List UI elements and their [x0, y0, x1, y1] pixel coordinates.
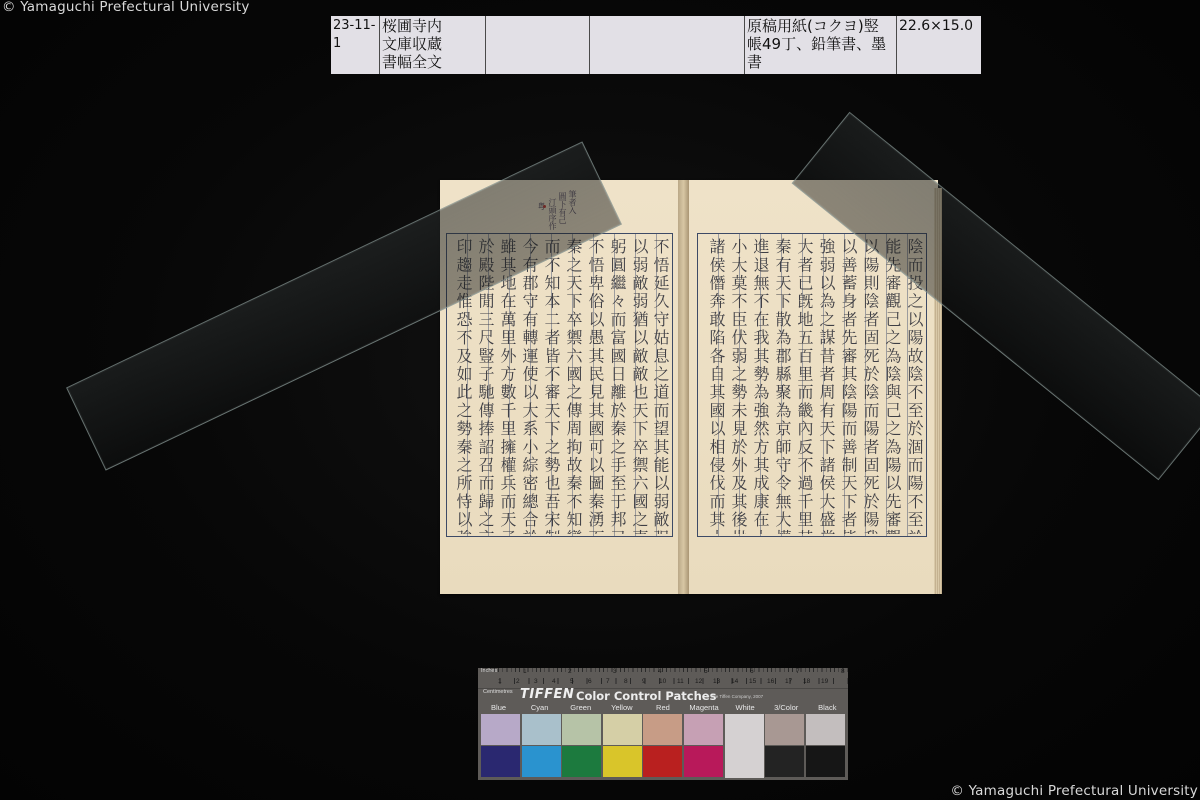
patch-label-3color: 3/Color — [766, 703, 807, 712]
size-text: 22.6×15.0 — [899, 18, 973, 34]
catalog-id: 23-11-1 — [331, 16, 380, 74]
text-column: 以善蓄身者先審其陰陽而善制天下者皆是也 — [838, 238, 858, 534]
text-column: 大者已旣地五百里而畿內反不過千里其勢為弱 — [794, 238, 814, 534]
cm-tick: 17 — [785, 678, 792, 685]
text-column: 而不知本二者皆不審天下之勢也吾宋制治有餘 — [541, 238, 561, 534]
text-column: 秦有天下散為郡縣聚為京師守令無大權柄伸縮 — [772, 238, 792, 534]
inch-tick: 1 — [523, 668, 527, 675]
patch-label-black: Black — [807, 703, 848, 712]
chart-copyright: © The Tiffen Company, 2007 — [706, 694, 763, 699]
cm-tick: 19 — [821, 678, 828, 685]
text-column: 躬圓繼々而富國日離於秦之手至于邦已矣天下而 — [607, 238, 627, 534]
text-column: 不悟延久守姑息之道而望其能以弱敵强是猶 — [650, 238, 670, 534]
tiffen-logo: TIFFEN — [520, 687, 574, 702]
inch-tick: 5 — [704, 668, 708, 675]
text-column: 以陽則陰者固死於陰而陽者固死於陽我以陰 — [860, 238, 880, 534]
inch-tick: 4 — [658, 668, 662, 675]
patch-black-light — [806, 714, 845, 745]
patch-yellow-light — [603, 714, 642, 745]
inch-tick: 3 — [613, 668, 617, 675]
cm-tick: 9 — [642, 678, 646, 685]
ruler: Inches 1 2 3 4 5 6 7 8 1 2 3 4 5 6 7 8 9… — [478, 668, 848, 689]
patch-white — [725, 714, 764, 778]
patch-cyan-light — [522, 714, 561, 745]
description-line: 原稿用紙(コクヨ)竪 — [747, 17, 894, 35]
catalog-id-text: 23-11-1 — [333, 18, 375, 51]
patch-magenta-dark — [684, 746, 723, 777]
cm-tick: 16 — [767, 678, 774, 685]
patch-blue-light — [481, 714, 520, 745]
patch-label-red: Red — [642, 703, 683, 712]
catalog-description: 原稿用紙(コクヨ)竪 帳49丁、鉛筆書、墨 書 — [745, 16, 897, 74]
catalog-size: 22.6×15.0 — [897, 16, 981, 74]
patch-label-blue: Blue — [478, 703, 519, 712]
text-column: 以弱敵弱猶以敵敵也天下卒禦六國之事自孝公以 — [629, 238, 649, 534]
cm-tick: 12 — [695, 678, 702, 685]
color-control-chart: Inches 1 2 3 4 5 6 7 8 1 2 3 4 5 6 7 8 9… — [478, 668, 848, 780]
description-line: 書 — [747, 53, 894, 71]
patch-3color-light — [765, 714, 804, 745]
cm-tick: 14 — [731, 678, 738, 685]
patch-blue-dark — [481, 746, 520, 777]
patch-red-light — [643, 714, 682, 745]
copyright-watermark-bottom: © Yamaguchi Prefectural University — [950, 783, 1198, 799]
patch-label-cyan: Cyan — [519, 703, 560, 712]
cm-tick: 15 — [749, 678, 756, 685]
cm-tick: 1 — [498, 678, 502, 685]
text-column: 秦之天下卒禦六國之傳周拘故秦不知變其勇於我 — [563, 238, 583, 534]
cm-tick: 3 — [534, 678, 538, 685]
patch-green-light — [562, 714, 601, 745]
inches-label: Inches — [481, 668, 497, 674]
cm-tick: 6 — [588, 678, 592, 685]
patch-labels: Blue Cyan Green Yellow Red Magenta White… — [478, 703, 848, 712]
inch-tick: 7 — [796, 668, 800, 675]
inch-tick: 6 — [750, 668, 754, 675]
text-column: 今有郡守有轉運使以大系小綜密總合於上 — [519, 238, 539, 534]
inch-tick: 2 — [568, 668, 572, 675]
patch-magenta-light — [684, 714, 723, 745]
cm-tick: 13 — [713, 678, 720, 685]
cm-tick: 7 — [606, 678, 610, 685]
text-column: 諸侯僭奔敢陷各自其國以相侵伐而其上之人卒 — [706, 238, 726, 534]
book-spine — [678, 180, 689, 594]
patch-yellow-dark — [603, 746, 642, 777]
patch-green-dark — [562, 746, 601, 777]
catalog-blank-cell — [590, 16, 745, 74]
inch-tick: 8 — [841, 668, 845, 675]
catalog-title: 桜圃寺内 文庫収蔵 書幅全文 — [380, 16, 486, 74]
description-line: 帳49丁、鉛筆書、墨 — [747, 35, 894, 53]
manuscript-grid-right: 陰而投之以陽故陰不至於涸而陽不至於亢苟不 能先審觀己之為陰與己之為陽以先審觀而以… — [697, 233, 927, 537]
copyright-watermark-top: © Yamaguchi Prefectural University — [2, 0, 250, 15]
text-column: 能先審觀己之為陰與己之為陽以先審觀而以陽 — [882, 238, 902, 534]
text-column: 小大莫不臣伏弱之勢未見於外及其後世失德而 — [728, 238, 748, 534]
cm-tick: 18 — [803, 678, 810, 685]
patch-black-dark — [806, 746, 845, 777]
patch-label-green: Green — [560, 703, 601, 712]
cm-tick: 5 — [570, 678, 574, 685]
patch-label-magenta: Magenta — [683, 703, 724, 712]
title-line: 文庫収蔵 — [382, 35, 483, 53]
catalog-blank-cell — [486, 16, 590, 74]
cm-tick: 4 — [552, 678, 556, 685]
cm-tick: 2 — [516, 678, 520, 685]
color-patches — [481, 714, 845, 778]
catalog-label: 23-11-1 桜圃寺内 文庫収蔵 書幅全文 原稿用紙(コクヨ)竪 帳49丁、鉛… — [331, 16, 981, 74]
cm-tick: 8 — [624, 678, 628, 685]
patch-red-dark — [643, 746, 682, 777]
patch-label-white: White — [725, 703, 766, 712]
patch-3color-dark — [765, 746, 804, 777]
text-column: 不悟卑俗以愚其民見其國可以圖秦湧而不知漢政拔 — [585, 238, 605, 534]
text-column: 強弱以為之謀昔者周有天下諸侯大盛當其盛時 — [816, 238, 836, 534]
title-line: 書幅全文 — [382, 53, 483, 71]
title-line: 桜圃寺内 — [382, 17, 483, 35]
text-column: 進退無不在我其勢為強然方其成康在上諸侯無 — [750, 238, 770, 534]
patch-label-yellow: Yellow — [601, 703, 642, 712]
patch-cyan-dark — [522, 746, 561, 777]
cm-tick: 10 — [659, 678, 666, 685]
centimetres-label: Centimetres — [483, 689, 513, 695]
cm-tick: 11 — [677, 678, 684, 685]
chart-title: Color Control Patches — [576, 689, 716, 703]
